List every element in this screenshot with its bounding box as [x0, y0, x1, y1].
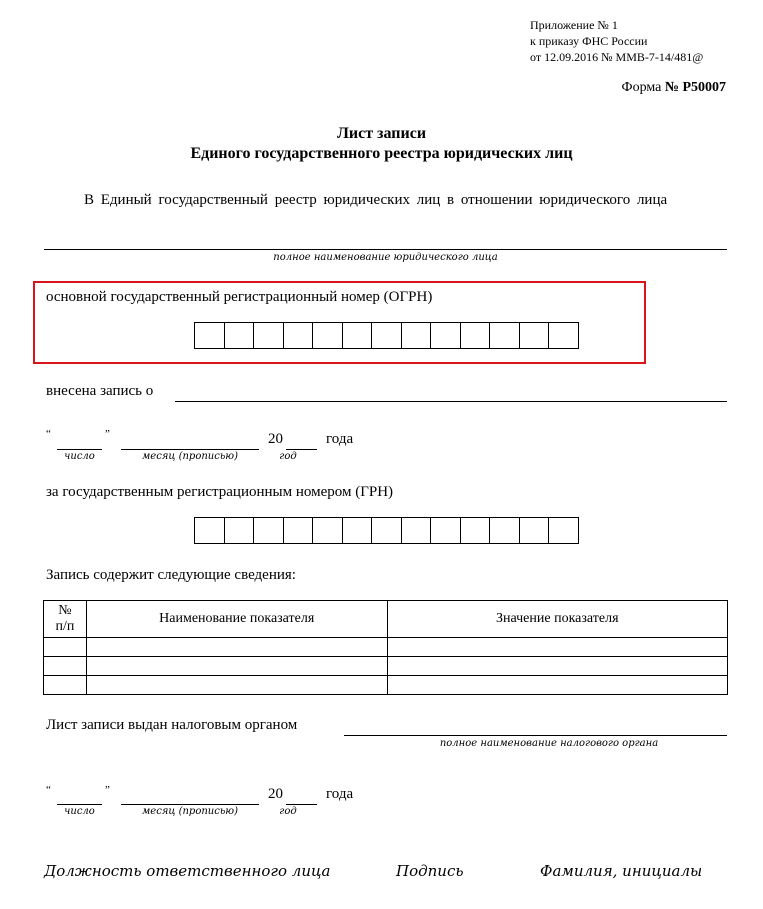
grn-cell[interactable] — [224, 517, 255, 544]
header-num-line-2: п/п — [44, 619, 86, 635]
title-line-1: Лист записи — [0, 124, 763, 144]
intro-paragraph: В Единый государственный реестр юридичес… — [44, 190, 727, 211]
ogrn-cell[interactable] — [342, 322, 373, 349]
entry-date-day-caption: число — [57, 451, 102, 462]
ogrn-cell[interactable] — [283, 322, 314, 349]
legal-entity-name-line[interactable] — [44, 249, 727, 250]
issued-by-caption: полное наименование налогового органа — [344, 738, 754, 749]
row-name[interactable] — [86, 657, 387, 676]
entry-date-year-line[interactable] — [286, 449, 317, 450]
entry-made-line[interactable] — [175, 401, 727, 402]
issue-date-century: 20 — [268, 786, 283, 803]
grn-cell[interactable] — [519, 517, 550, 544]
form-number: Форма № Р50007 — [622, 80, 726, 96]
ogrn-cell[interactable] — [548, 322, 579, 349]
header-indicator-name: Наименование показателя — [86, 601, 387, 638]
grn-cell[interactable] — [253, 517, 284, 544]
entry-date-year-caption: год — [268, 451, 308, 462]
signature-name-label: Фамилия, инициалы — [540, 862, 702, 880]
ogrn-label: основной государственный регистрационный… — [46, 289, 432, 306]
grn-cell[interactable] — [548, 517, 579, 544]
row-num[interactable] — [44, 657, 87, 676]
issue-date-suffix: года — [326, 786, 353, 803]
entry-date-month-caption: месяц (прописью) — [121, 451, 259, 462]
title-line-2: Единого государственного реестра юридиче… — [0, 144, 763, 164]
table-row — [44, 657, 728, 676]
ogrn-cell[interactable] — [430, 322, 461, 349]
annex-header: Приложение № 1 к приказу ФНС России от 1… — [530, 17, 703, 65]
header-num-line-1: № — [44, 603, 86, 619]
row-value[interactable] — [387, 657, 727, 676]
form-code: № Р50007 — [665, 80, 726, 95]
ogrn-cell[interactable] — [489, 322, 520, 349]
table-row — [44, 676, 728, 695]
document-title: Лист записи Единого государственного рее… — [0, 124, 763, 164]
issue-date-month-line[interactable] — [121, 804, 259, 805]
row-num[interactable] — [44, 676, 87, 695]
grn-cell[interactable] — [460, 517, 491, 544]
grn-cell[interactable] — [401, 517, 432, 544]
issue-date-year-caption: год — [268, 806, 308, 817]
contents-table: № п/п Наименование показателя Значение п… — [43, 600, 728, 695]
entry-date-suffix: года — [326, 431, 353, 448]
form-label: Форма — [622, 80, 662, 95]
issued-by-label: Лист записи выдан налоговым органом — [46, 717, 297, 734]
row-name[interactable] — [86, 676, 387, 695]
issue-date-day-line[interactable] — [57, 804, 102, 805]
ogrn-cells — [194, 322, 579, 349]
ogrn-cell[interactable] — [371, 322, 402, 349]
ogrn-cell[interactable] — [253, 322, 284, 349]
grn-cell[interactable] — [489, 517, 520, 544]
ogrn-cell[interactable] — [224, 322, 255, 349]
entry-date-century: 20 — [268, 431, 283, 448]
row-num[interactable] — [44, 638, 87, 657]
signature-position-label: Должность ответственного лица — [44, 862, 330, 880]
table-row — [44, 638, 728, 657]
issued-by-line[interactable] — [344, 735, 727, 736]
row-value[interactable] — [387, 638, 727, 657]
row-name[interactable] — [86, 638, 387, 657]
entry-date-day-line[interactable] — [57, 449, 102, 450]
grn-cell[interactable] — [283, 517, 314, 544]
issue-date-close-quote: ” — [105, 784, 110, 796]
ogrn-cell[interactable] — [194, 322, 225, 349]
ogrn-cell[interactable] — [401, 322, 432, 349]
issue-date-day-caption: число — [57, 806, 102, 817]
contents-label: Запись содержит следующие сведения: — [46, 567, 296, 584]
ogrn-cell[interactable] — [312, 322, 343, 349]
ogrn-cell[interactable] — [519, 322, 550, 349]
grn-cell[interactable] — [312, 517, 343, 544]
grn-label: за государственным регистрационным номер… — [46, 484, 393, 501]
entry-date-close-quote: ” — [105, 428, 110, 440]
issue-date-month-caption: месяц (прописью) — [121, 806, 259, 817]
signature-sign-label: Подпись — [396, 862, 464, 880]
issue-date-open-quote: “ — [46, 784, 51, 796]
grn-cell[interactable] — [342, 517, 373, 544]
grn-cell[interactable] — [430, 517, 461, 544]
table-header-row: № п/п Наименование показателя Значение п… — [44, 601, 728, 638]
issue-date-year-line[interactable] — [286, 804, 317, 805]
annex-line-2: к приказу ФНС России — [530, 33, 703, 49]
header-num: № п/п — [44, 601, 87, 638]
annex-line-3: от 12.09.2016 № ММВ-7-14/481@ — [530, 49, 703, 65]
entry-date-open-quote: “ — [46, 428, 51, 440]
ogrn-cell[interactable] — [460, 322, 491, 349]
annex-line-1: Приложение № 1 — [530, 17, 703, 33]
entry-made-label: внесена запись о — [46, 383, 153, 400]
grn-cells — [194, 517, 579, 544]
grn-cell[interactable] — [194, 517, 225, 544]
header-indicator-value: Значение показателя — [387, 601, 727, 638]
entry-date-month-line[interactable] — [121, 449, 259, 450]
row-value[interactable] — [387, 676, 727, 695]
grn-cell[interactable] — [371, 517, 402, 544]
legal-entity-name-caption: полное наименование юридического лица — [44, 252, 727, 263]
